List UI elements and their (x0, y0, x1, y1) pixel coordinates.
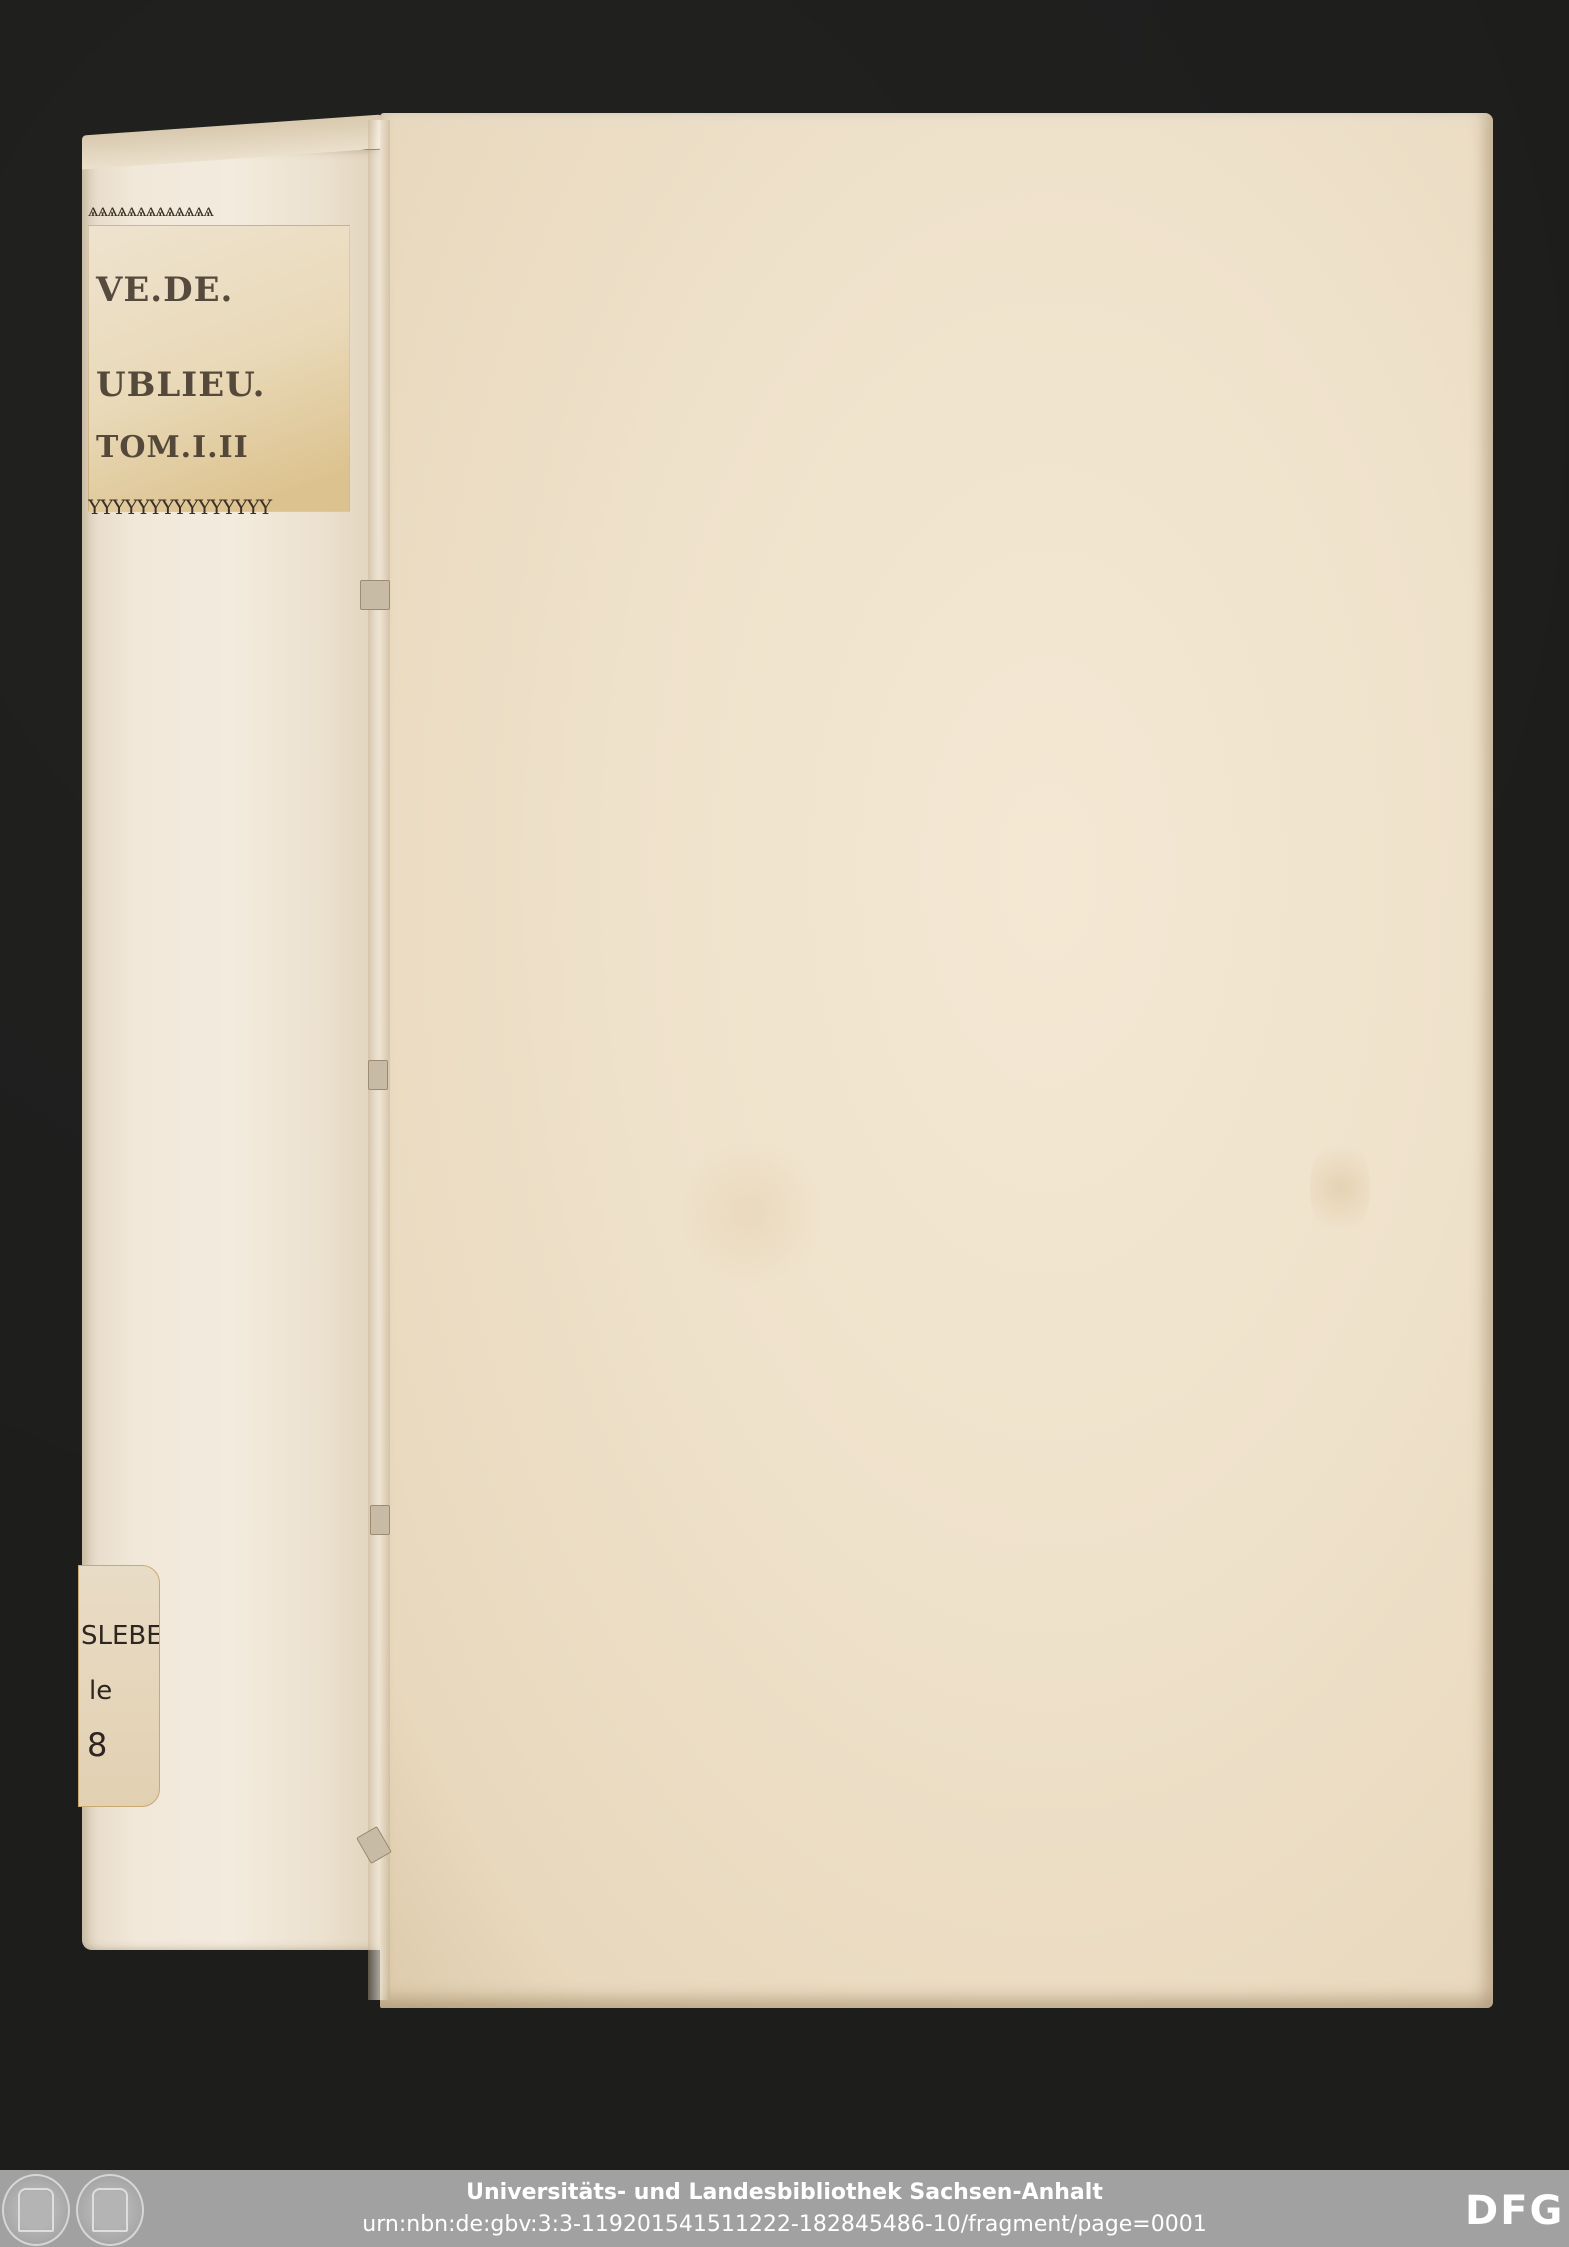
footer-bar: Universitäts- und Landesbibliothek Sachs… (0, 2170, 1569, 2247)
cover-stain (680, 1133, 820, 1293)
spine-decoration-top: ѧѧѧѧѧѧѧѧѧѧѧѧѧ (88, 200, 350, 220)
spine-label-line-3: TOM.I.II (96, 430, 249, 465)
spine-label-line-2: UBLIEU. (96, 365, 265, 405)
library-shelf-sticker: SLEBEN le 8 (78, 1565, 160, 1807)
spine-binding-tab (368, 1060, 388, 1090)
spine-binding-tab (360, 580, 390, 610)
sticker-line-3: 8 (87, 1726, 107, 1764)
book-front-cover (380, 113, 1493, 2008)
spine-binding-tab (370, 1505, 390, 1535)
urn-identifier: urn:nbn:de:gbv:3:3-119201541511222-18284… (0, 2212, 1569, 2237)
sticker-line-1: SLEBEN (81, 1621, 160, 1651)
spine-decoration-bottom: ΥΥΥΥΥΥΥΥΥΥΥΥΥΥΥ (88, 495, 350, 515)
spine-label-line-1: VE.DE. (96, 270, 233, 310)
dfg-logo: DFG (1465, 2188, 1564, 2234)
institution-name: Universitäts- und Landesbibliothek Sachs… (0, 2180, 1569, 2205)
sticker-line-2: le (89, 1676, 112, 1706)
cover-stain (1310, 1133, 1370, 1243)
